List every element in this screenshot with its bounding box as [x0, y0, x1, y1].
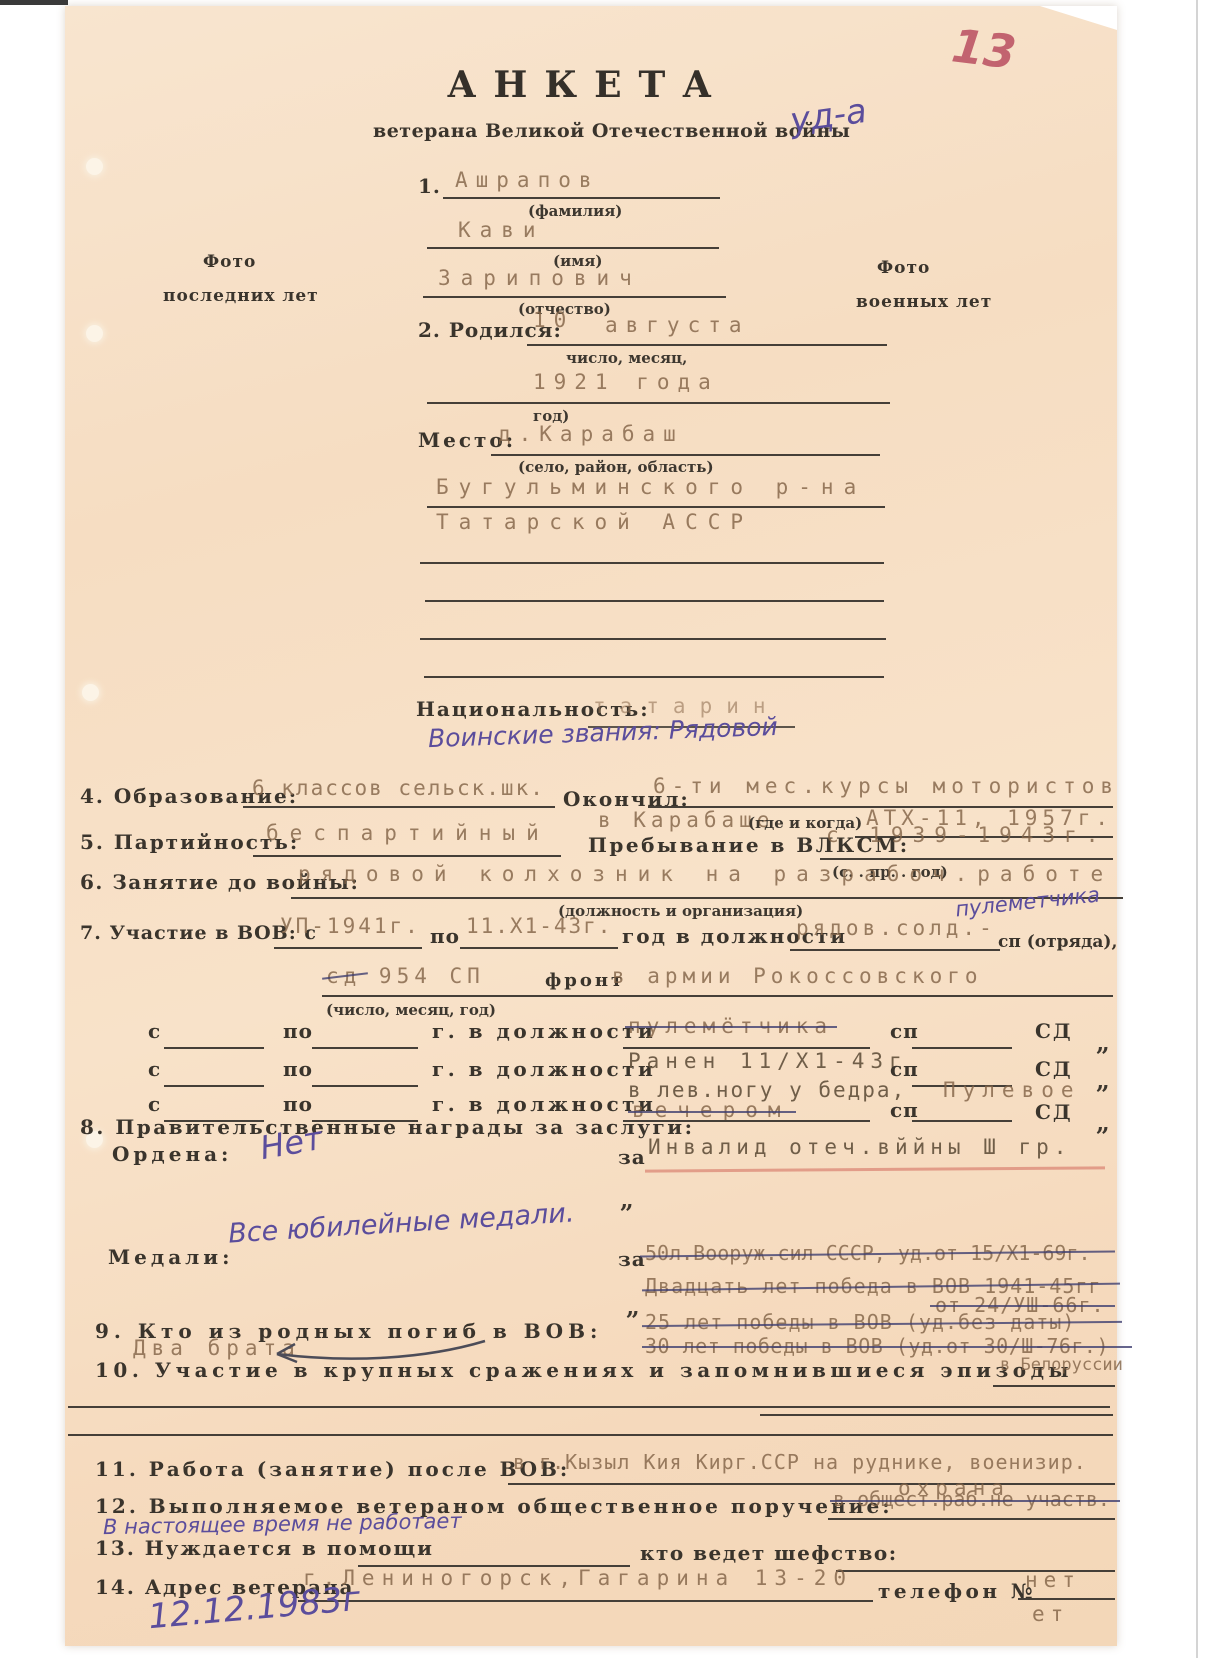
- birth-month-value: августа: [605, 313, 750, 337]
- field-line: [527, 344, 887, 346]
- birth-year-value: 1921 года: [533, 370, 719, 394]
- phone-value: нет: [1025, 1568, 1081, 1592]
- field-line: [423, 296, 726, 298]
- surname-value: Ашрапов: [455, 168, 600, 192]
- field10-label: 10. Участие в крупных сражениях и запомн…: [95, 1358, 1073, 1382]
- field11-label: 11. Работа (занятие) после ВОВ:: [95, 1457, 570, 1481]
- row2-g: г. в должности: [432, 1057, 656, 1081]
- empty-line: [420, 638, 886, 640]
- field-line: [164, 1085, 264, 1087]
- birth-caption: число, месяц,: [566, 349, 687, 367]
- name-value: Кави: [458, 218, 545, 242]
- field-line: [790, 949, 1000, 951]
- ditto-mark: „: [1096, 1108, 1110, 1137]
- birthplace-republic: Татарской АССР: [436, 510, 753, 534]
- field-line: [274, 947, 422, 949]
- photo-caption-recent: Фото: [203, 252, 256, 272]
- row3-sp: сп: [890, 1098, 919, 1122]
- birthplace-caption: (село, район, область): [518, 458, 714, 476]
- wound-type-value: Пулевое: [943, 1078, 1081, 1102]
- row1-po: по: [283, 1019, 313, 1043]
- battles-value: в Белоруссии: [1000, 1355, 1123, 1375]
- sp-otryada-label: сп (отряда),: [998, 932, 1117, 952]
- za-label: за: [618, 1145, 646, 1169]
- scanned-questionnaire: АНКЕТА ветерана Великой Отечественной во…: [0, 0, 1205, 1658]
- orders-label: Ордена:: [112, 1142, 232, 1166]
- field-line: [322, 995, 1113, 997]
- disability-value: Инвалид отеч.вййны Ш гр.: [648, 1135, 1071, 1159]
- sheftvo-label: кто ведет шефство:: [640, 1541, 898, 1565]
- empty-line: [68, 1434, 1113, 1436]
- row3-sd: СД: [1035, 1100, 1073, 1124]
- scan-edge-line: [1196, 0, 1198, 1658]
- scan-top-left-sliver: [0, 0, 68, 5]
- za2-label: за: [618, 1247, 646, 1271]
- field-line: [993, 1385, 1115, 1387]
- education-value: 6 классов сельск.шк.: [252, 776, 545, 800]
- service-from-value: УП-1941г.: [280, 914, 421, 938]
- medals-label: Медали:: [108, 1245, 233, 1269]
- field13-label: 13. Нуждается в помощи: [95, 1536, 434, 1560]
- field-line: [298, 1600, 873, 1602]
- front-value: в армии Рокоссовского: [612, 964, 983, 988]
- field-line: [427, 506, 885, 508]
- field-line: [427, 402, 890, 404]
- row1-crossout: [625, 1026, 837, 1028]
- phone-label: телефон №: [878, 1579, 1036, 1603]
- field-line: [508, 1483, 1115, 1485]
- phone-value-2: ет: [1032, 1602, 1069, 1626]
- row2-s: с: [148, 1057, 161, 1081]
- address-value: г.Лениногорск,Гагарина 13-20: [303, 1566, 853, 1590]
- birthplace-value: д.Карабаш: [498, 422, 684, 446]
- row3-crossout: [628, 1111, 796, 1113]
- party-value: беспартийный: [266, 821, 550, 845]
- wounded-value: Ранен 11/Х1-43г: [628, 1049, 908, 1073]
- field-line: [312, 1085, 418, 1087]
- red-page-number: 13: [949, 18, 1019, 79]
- service-to-value: 11.Х1-43г.: [466, 914, 612, 938]
- field-line: [427, 247, 719, 249]
- birth-day-value: 10: [533, 308, 574, 332]
- field-line: [312, 1047, 418, 1049]
- postwar-work-value: в г.Кызыл Кия Кирг.ССР на руднике, воени…: [513, 1450, 1087, 1474]
- row3-s: с: [148, 1092, 161, 1116]
- ditto-mark: „: [620, 1185, 634, 1214]
- field-line: [912, 1047, 1012, 1049]
- form-subtitle: ветерана Великой Отечественной войны: [373, 120, 850, 142]
- field-line: [828, 1518, 1115, 1520]
- row1-sd: СД: [1035, 1019, 1073, 1043]
- courses-value: 6-ти мес.курсы мотористов: [653, 774, 1119, 798]
- row3-g: г. в должности: [432, 1092, 656, 1116]
- punch-hole: [86, 325, 103, 342]
- form-title: АНКЕТА: [447, 64, 729, 106]
- field-line: [443, 197, 720, 199]
- date-caption: (число, месяц, год): [326, 1001, 496, 1019]
- row2-po: по: [283, 1057, 313, 1081]
- field1-number: 1.: [418, 174, 441, 198]
- field-line: [820, 858, 1113, 860]
- prewar-occupation-value: рядовой колхозник на разрабоч.работе: [298, 862, 1113, 886]
- punch-hole: [82, 684, 99, 701]
- empty-line: [425, 600, 884, 602]
- field-line: [1018, 1598, 1115, 1600]
- photo-caption-war-2: военных лет: [856, 292, 992, 312]
- ditto-mark: „: [626, 1292, 640, 1321]
- photo-caption-war: Фото: [877, 258, 930, 278]
- row1-sp: сп: [890, 1019, 919, 1043]
- empty-line: [424, 676, 884, 678]
- ditto-mark: „: [1096, 1066, 1110, 1095]
- public-duty-crossout: [830, 1500, 1120, 1502]
- po-label: по: [430, 924, 460, 948]
- field-line: [420, 562, 884, 564]
- field-line: [253, 855, 561, 857]
- field-line: [491, 454, 880, 456]
- ditto-mark: „: [1096, 1028, 1110, 1057]
- vlksm-value: с 1939-1943г.: [826, 823, 1107, 847]
- birthplace-district: Бугульминского р-на: [436, 475, 866, 499]
- field-line: [243, 806, 555, 808]
- field-line: [164, 1047, 264, 1049]
- medal-crossout-3: [930, 1305, 1115, 1307]
- patronymic-value: Зарипович: [438, 266, 642, 290]
- field-line: [460, 947, 618, 949]
- row1-s: с: [148, 1019, 161, 1043]
- field-line: [912, 1120, 1012, 1122]
- row1-g: г. в должности: [432, 1019, 656, 1043]
- empty-line: [68, 1406, 1110, 1408]
- medal-crossout-5: [642, 1346, 1132, 1348]
- row3-po: по: [283, 1092, 313, 1116]
- empty-line: [760, 1414, 1113, 1416]
- public-duty-crossed: в общест.раб.не участв.: [833, 1487, 1110, 1511]
- field8-label: 8. Правительственные награды за заслуги:: [80, 1115, 695, 1139]
- photo-caption-recent-2: последних лет: [163, 286, 319, 306]
- punch-hole: [86, 158, 103, 175]
